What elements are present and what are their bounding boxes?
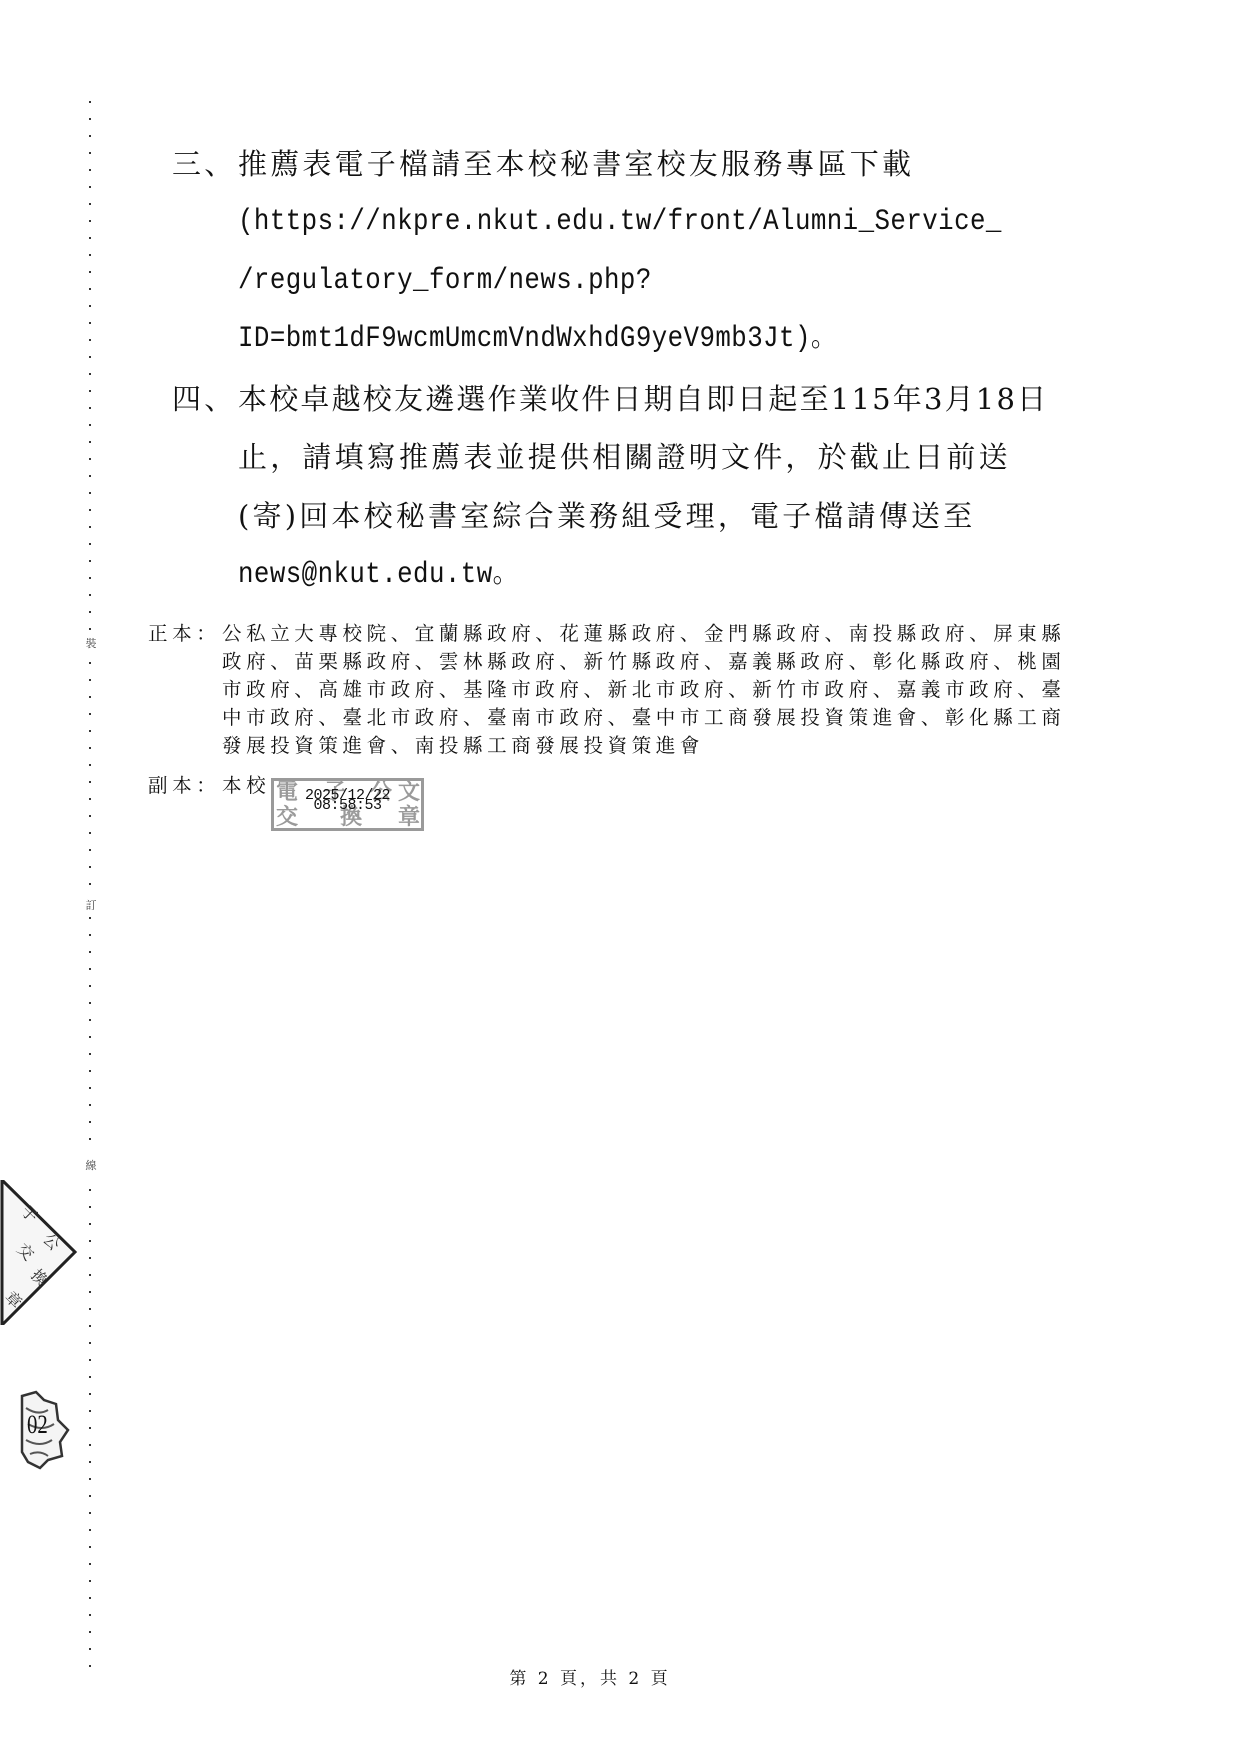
binding-dot [89,424,91,426]
binding-dot [89,203,91,205]
binding-dot [89,1240,91,1242]
item-text-line: 止，請填寫推薦表並提供相關證明文件，於截止日前送 [238,439,1011,475]
binding-dot [89,1138,91,1140]
binding-dot [89,1223,91,1225]
primary-recipients-line: 市政府、高雄市政府、基隆市政府、新北市政府、新竹市政府、嘉義市政府、臺 [222,676,1066,704]
binding-dot [89,1189,91,1191]
binding-dot [89,594,91,596]
binding-dot [89,1002,91,1004]
binding-dot [89,288,91,290]
binding-dot [89,135,91,137]
binding-dot [89,1444,91,1446]
binding-dot [89,1512,91,1514]
binding-dot [89,662,91,664]
binding-dot [89,1631,91,1633]
item-text-line: 推薦表電子檔請至本校秘書室校友服務專區下載 [238,146,914,182]
binding-dot [89,1410,91,1412]
binding-dot [89,1546,91,1548]
binding-dot [89,186,91,188]
binding-dot [89,730,91,732]
binding-dot [89,1342,91,1344]
binding-char-xian: 線 [84,1159,98,1173]
binding-dot [89,339,91,341]
binding-dot [89,1427,91,1429]
primary-recipients-line: 公私立大專校院、宜蘭縣政府、花蓮縣政府、金門縣政府、南投縣政府、屏東縣 [222,620,1066,648]
binding-dot [89,560,91,562]
binding-dot [89,526,91,528]
binding-dot [89,1308,91,1310]
binding-dot [89,458,91,460]
binding-dot [89,1461,91,1463]
download-url-line[interactable]: (https://nkpre.nkut.edu.tw/front/Alumni_… [238,204,1002,240]
binding-dot [89,1325,91,1327]
binding-dot [89,1478,91,1480]
binding-dot [89,441,91,443]
binding-dot [89,118,91,120]
binding-dot [89,1665,91,1667]
binding-dot [89,322,91,324]
email-address[interactable]: news@nkut.edu.tw。 [238,557,519,593]
item-text-line: 本校卓越校友遴選作業收件日期自即日起至115年3月18日 [238,381,1048,417]
binding-dot [89,1495,91,1497]
exchange-seal-diamond: 子 公 交 換 章 [0,1180,80,1325]
binding-dot [89,1648,91,1650]
binding-dot [89,968,91,970]
binding-dot [89,1206,91,1208]
binding-dot [89,798,91,800]
binding-dot [89,1104,91,1106]
binding-dot [89,1053,91,1055]
primary-recipients-label: 正本： [148,620,220,648]
binding-dot [89,764,91,766]
binding-dot [89,1597,91,1599]
electronic-exchange-stamp: 電 子 公 文 交 換 章 2025/12/22 08:58:53 [271,778,424,831]
download-url-line[interactable]: /regulatory_form/news.php? [238,263,652,299]
item-number: 三、 [172,146,236,182]
binding-dot [89,577,91,579]
primary-recipients-line: 政府、苗栗縣政府、雲林縣政府、新竹縣政府、嘉義縣政府、彰化縣政府、桃園 [222,648,1066,676]
binding-dot [89,220,91,222]
binding-dot [89,101,91,103]
binding-dot [89,747,91,749]
binding-dot [89,781,91,783]
binding-dot [89,883,91,885]
binding-dot [89,1087,91,1089]
binding-dot [89,934,91,936]
copy-recipients-label: 副本： [148,772,220,800]
binding-char-ding: 訂 [84,899,98,913]
binding-dot [89,951,91,953]
binding-dot [89,492,91,494]
binding-line: 裝 訂 線 [84,96,98,1671]
binding-dot [89,713,91,715]
binding-dot [89,611,91,613]
item-number: 四、 [172,381,236,417]
page-number-footer: 第 2 頁，共 2 頁 [0,1668,1180,1690]
binding-dot [89,917,91,919]
binding-dot [89,1359,91,1361]
binding-dot [89,1070,91,1072]
binding-char-zhuang: 裝 [84,637,98,651]
primary-recipients-line: 中市政府、臺北市政府、臺南市政府、臺中市工商發展投資策進會、彰化縣工商 [222,704,1066,732]
binding-dot [89,356,91,358]
binding-dot [89,1529,91,1531]
binding-dot [89,628,91,630]
binding-dot [89,849,91,851]
copy-recipients-value: 本校 [222,772,270,800]
binding-dot [89,815,91,817]
primary-recipients-line: 發展投資策進會、南投縣工商發展投資策進會 [222,732,704,760]
binding-dot [89,169,91,171]
binding-dot [89,543,91,545]
seal-diamond-icon: 子 公 交 換 章 [0,1180,80,1325]
binding-dot [89,407,91,409]
binding-dot [89,305,91,307]
binding-dot [89,1614,91,1616]
binding-dot [89,475,91,477]
binding-dot [89,1291,91,1293]
binding-dot [89,679,91,681]
seal-star-label: 02 [27,1410,48,1440]
binding-dot [89,1019,91,1021]
binding-dot [89,373,91,375]
binding-dot [89,1121,91,1123]
binding-dot [89,271,91,273]
binding-dot [89,509,91,511]
binding-dot [89,1580,91,1582]
binding-dot [89,866,91,868]
item-text-line: (寄)回本校秘書室綜合業務組受理，電子檔請傳送至 [238,498,975,534]
binding-dot [89,254,91,256]
binding-dot [89,1376,91,1378]
binding-dot [89,1563,91,1565]
binding-dot [89,1393,91,1395]
download-url-line[interactable]: ID=bmt1dF9wcmUmcmVndWxhdG9yeV9mb3Jt)。 [238,321,837,357]
binding-dot [89,1274,91,1276]
binding-dot [89,152,91,154]
binding-dot [89,832,91,834]
document-page: 裝 訂 線 三、 推薦表電子檔請至本校秘書室校友服務專區下載 (https://… [0,0,1241,1754]
binding-dot [89,985,91,987]
binding-dot [89,390,91,392]
binding-dot [89,1036,91,1038]
binding-dot [89,696,91,698]
stamp-time: 08:58:53 [274,799,421,813]
binding-dot [89,237,91,239]
binding-dot [89,1257,91,1259]
